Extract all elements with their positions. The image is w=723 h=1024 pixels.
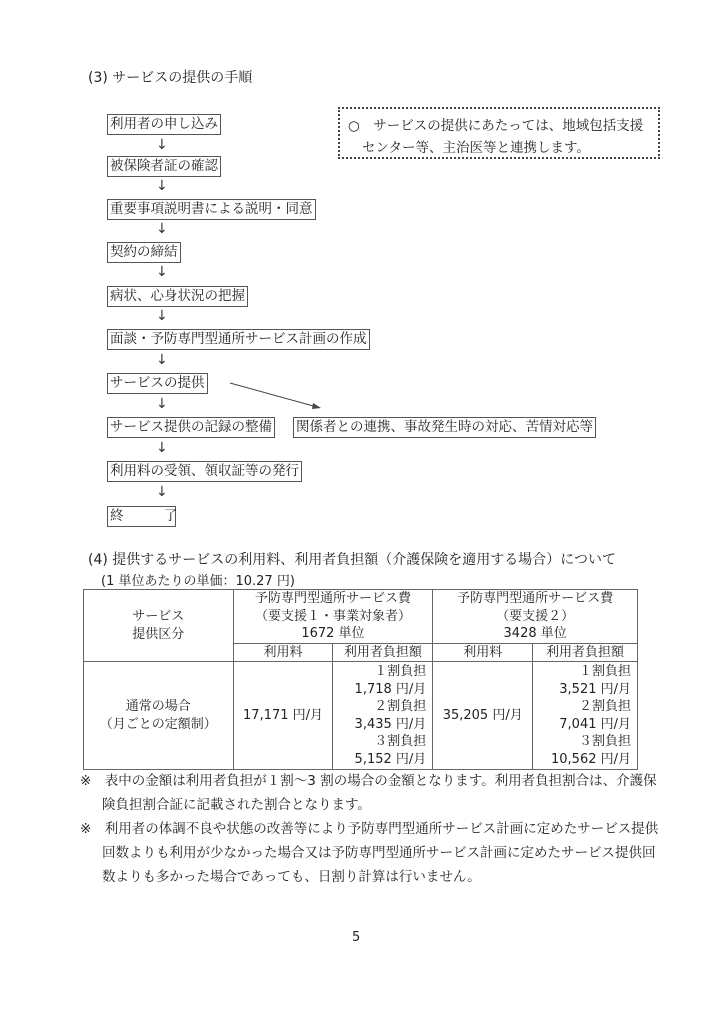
header-text: （要支援１・事業対象者） [238, 608, 429, 626]
flow-step-service-plan: 面談・予防専門型通所サービス計画の作成 [107, 329, 370, 350]
page-number: 5 [352, 930, 360, 945]
burden-amount: 5,152 円/月 [337, 751, 426, 769]
header-text: 3428 単位 [437, 625, 633, 643]
down-arrow-icon: ↓ [156, 308, 168, 324]
regular-case-label: 通常の場合 （月ごとの定額制） [84, 662, 234, 770]
burden-amount: 3,521 円/月 [537, 681, 631, 699]
down-arrow-icon: ↓ [156, 264, 168, 280]
down-arrow-icon: ↓ [156, 352, 168, 368]
header-text: サービス [88, 608, 229, 626]
flow-step-fee-receipt: 利用料の受領、領収証等の発行 [107, 461, 302, 482]
note-line-1: ○ サービスの提供にあたっては、地域包括支援 [348, 115, 650, 137]
down-arrow-icon: ↓ [156, 396, 168, 412]
burden-amount: 10,562 円/月 [537, 751, 631, 769]
service-category-header: サービス 提供区分 [84, 590, 234, 662]
down-arrow-icon: ↓ [156, 137, 168, 153]
fee-subheader: 利用料 [433, 643, 533, 662]
row-label-text: 通常の場合 [88, 698, 229, 716]
diagonal-arrow-icon [225, 375, 335, 415]
burden-rate: １割負担 [337, 663, 426, 681]
flow-step-application: 利用者の申し込み [107, 114, 221, 135]
row-label-text: （月ごとの定額制） [88, 716, 229, 734]
down-arrow-icon: ↓ [156, 178, 168, 194]
burden-rate: ３割負担 [337, 733, 426, 751]
burden-amount: 3,435 円/月 [337, 716, 426, 734]
flow-step-end: 終 了 [107, 506, 176, 527]
burden-amount: 7,041 円/月 [537, 716, 631, 734]
flow-step-condition-assessment: 病状、心身状況の把握 [107, 286, 248, 307]
burden-rate: １割負担 [537, 663, 631, 681]
header-text: 1672 単位 [238, 625, 429, 643]
down-arrow-icon: ↓ [156, 484, 168, 500]
fee-table: サービス 提供区分 予防専門型通所サービス費 （要支援１・事業対象者） 1672… [83, 589, 638, 770]
burden-subheader: 利用者負担額 [533, 643, 638, 662]
down-arrow-icon: ↓ [156, 221, 168, 237]
unit-price-note: (1 単位あたりの単価：10.27 円) [101, 570, 295, 589]
burden-rate: ３割負担 [537, 733, 631, 751]
support2-header: 予防専門型通所サービス費 （要支援２） 3428 単位 [433, 590, 638, 644]
flow-step-insurance-card-check: 被保険者証の確認 [107, 156, 221, 177]
support1-header: 予防専門型通所サービス費 （要支援１・事業対象者） 1672 単位 [233, 590, 433, 644]
header-text: （要支援２） [437, 608, 633, 626]
support1-fee: 17,171 円/月 [233, 662, 333, 770]
flow-step-explanation-consent: 重要事項説明書による説明・同意 [107, 199, 316, 220]
down-arrow-icon: ↓ [156, 440, 168, 456]
burden-subheader: 利用者負担額 [333, 643, 433, 662]
flow-step-coordination: 関係者との連携、事故発生時の対応、苦情対応等 [293, 417, 596, 438]
coordination-note-box: ○ サービスの提供にあたっては、地域包括支援 センター等、主治医等と連携します。 [338, 107, 660, 159]
note-no-daily-proration: ※ 利用者の体調不良や状態の改善等により予防専門型通所サービス計画に定めたサービ… [80, 817, 660, 889]
flow-step-contract: 契約の締結 [107, 242, 181, 263]
table-notes: ※ 表中の金額は利用者負担が１割～3 割の場合の金額となります。利用者負担割合は… [80, 769, 660, 889]
flow-step-record-keeping: サービス提供の記録の整備 [107, 417, 275, 438]
support2-fee: 35,205 円/月 [433, 662, 533, 770]
burden-rate: ２割負担 [537, 698, 631, 716]
support2-burden: １割負担 3,521 円/月 ２割負担 7,041 円/月 ３割負担 10,56… [533, 662, 638, 770]
note-burden-ratio: ※ 表中の金額は利用者負担が１割～3 割の場合の金額となります。利用者負担割合は… [80, 769, 660, 817]
section-4-heading: (4) 提供するサービスの利用料、利用者負担額（介護保険を適用する場合）について [88, 549, 616, 569]
section-3-heading: (3) サービスの提供の手順 [88, 67, 252, 87]
header-text: 提供区分 [88, 626, 229, 644]
note-line-2: センター等、主治医等と連携します。 [348, 137, 650, 159]
burden-rate: ２割負担 [337, 698, 426, 716]
burden-amount: 1,718 円/月 [337, 681, 426, 699]
header-text: 予防専門型通所サービス費 [437, 590, 633, 608]
support1-burden: １割負担 1,718 円/月 ２割負担 3,435 円/月 ３割負担 5,152… [333, 662, 433, 770]
header-text: 予防専門型通所サービス費 [238, 590, 429, 608]
flow-step-service-provision: サービスの提供 [107, 373, 208, 394]
fee-subheader: 利用料 [233, 643, 333, 662]
